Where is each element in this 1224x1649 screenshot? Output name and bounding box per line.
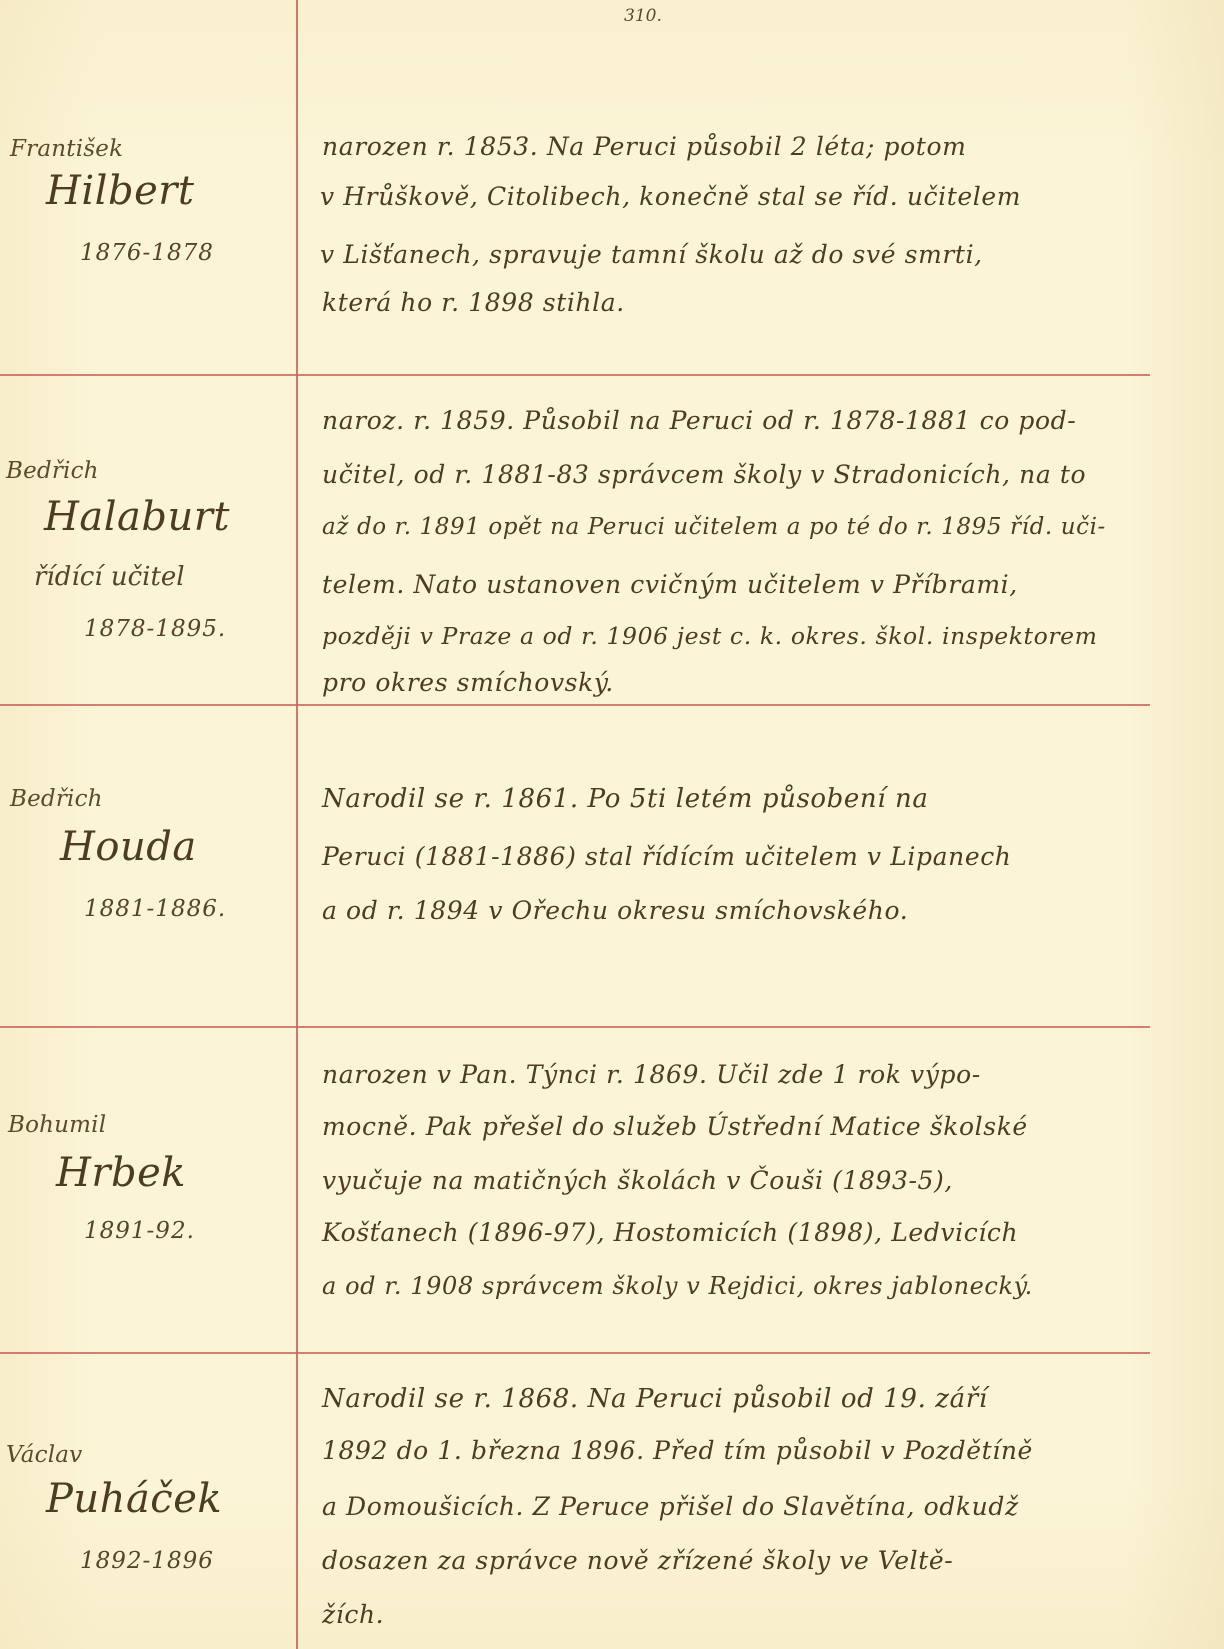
- biography-line: narozen r. 1853. Na Peruci působil 2 lét…: [322, 132, 966, 161]
- biography-line: až do r. 1891 opět na Peruci učitelem a …: [322, 514, 1106, 540]
- surname: Halaburt: [44, 494, 230, 540]
- service-years: 1878-1895.: [84, 616, 226, 642]
- biography-line: v Hrůškově, Citolibech, konečně stal se …: [320, 182, 1021, 211]
- service-years: 1892-1896: [80, 1548, 214, 1574]
- entry-row: Bohumil Hrbek 1891-92. narozen v Pan. Tý…: [0, 1028, 1150, 1352]
- biography-line: později v Praze a od r. 1906 jest c. k. …: [322, 622, 1098, 650]
- biography-line: a Domoušicích. Z Peruce přišel do Slavět…: [322, 1492, 1019, 1521]
- biography-line: narozen v Pan. Týnci r. 1869. Učil zde 1…: [322, 1060, 981, 1089]
- biography-line: a od r. 1908 správcem školy v Rejdici, o…: [322, 1272, 1033, 1300]
- surname: Houda: [60, 824, 197, 870]
- biography-line: telem. Nato ustanoven cvičným učitelem v…: [322, 570, 1018, 599]
- biography-line: Narodil se r. 1868. Na Peruci působil od…: [322, 1384, 988, 1414]
- biography-line: v Lišťanech, spravuje tamní školu až do …: [320, 240, 983, 269]
- service-years: 1881-1886.: [84, 896, 226, 922]
- biography-line: Košťanech (1896-97), Hostomicích (1898),…: [322, 1218, 1018, 1247]
- biography-line: vyučuje na matičných školách v Čouši (18…: [322, 1166, 953, 1195]
- biography-line: a od r. 1894 v Ořechu okresu smíchovskéh…: [322, 896, 908, 925]
- name-cell: Václav Puháček 1892-1896: [0, 1354, 296, 1649]
- biography-line: pro okres smíchovský.: [322, 668, 614, 697]
- biography-line: naroz. r. 1859. Působil na Peruci od r. …: [322, 406, 1076, 435]
- given-name: Bohumil: [8, 1112, 106, 1138]
- given-name: Václav: [6, 1442, 82, 1468]
- name-cell: Bedřich Houda 1881-1886.: [0, 706, 296, 1026]
- given-name: František: [10, 136, 123, 162]
- given-name: Bedřich: [6, 458, 99, 484]
- given-name: Bedřich: [10, 786, 103, 812]
- surname: Hilbert: [46, 168, 194, 214]
- biography-line: která ho r. 1898 stihla.: [322, 288, 625, 317]
- biography-line: dosazen za správce nově zřízené školy ve…: [322, 1546, 953, 1575]
- name-cell: Bohumil Hrbek 1891-92.: [0, 1028, 296, 1352]
- entry-row: Bedřich Houda 1881-1886. Narodil se r. 1…: [0, 706, 1150, 1026]
- name-cell: Bedřich Halaburt řídící učitel 1878-1895…: [0, 376, 296, 704]
- entry-row: Bedřich Halaburt řídící učitel 1878-1895…: [0, 376, 1150, 704]
- surname: Hrbek: [56, 1150, 186, 1196]
- entry-row: Václav Puháček 1892-1896 Narodil se r. 1…: [0, 1354, 1150, 1649]
- biography-line: mocně. Pak přešel do služeb Ústřední Mat…: [322, 1112, 1028, 1141]
- biography-line: žích.: [322, 1600, 384, 1629]
- biography-line: Peruci (1881-1886) stal řídícím učitelem…: [322, 842, 1012, 871]
- name-cell: František Hilbert 1876-1878: [0, 0, 296, 374]
- surname: Puháček: [46, 1476, 222, 1522]
- biography-line: Narodil se r. 1861. Po 5ti letém působen…: [322, 784, 928, 814]
- service-years: 1876-1878: [80, 240, 214, 266]
- ledger-page: 310. František Hilbert 1876-1878 narozen…: [0, 0, 1224, 1649]
- entry-row: František Hilbert 1876-1878 narozen r. 1…: [0, 0, 1150, 374]
- role: řídící učitel: [34, 562, 185, 592]
- biography-line: učitel, od r. 1881-83 správcem školy v S…: [322, 460, 1086, 489]
- service-years: 1891-92.: [84, 1218, 195, 1244]
- biography-line: 1892 do 1. března 1896. Před tím působil…: [322, 1436, 1033, 1465]
